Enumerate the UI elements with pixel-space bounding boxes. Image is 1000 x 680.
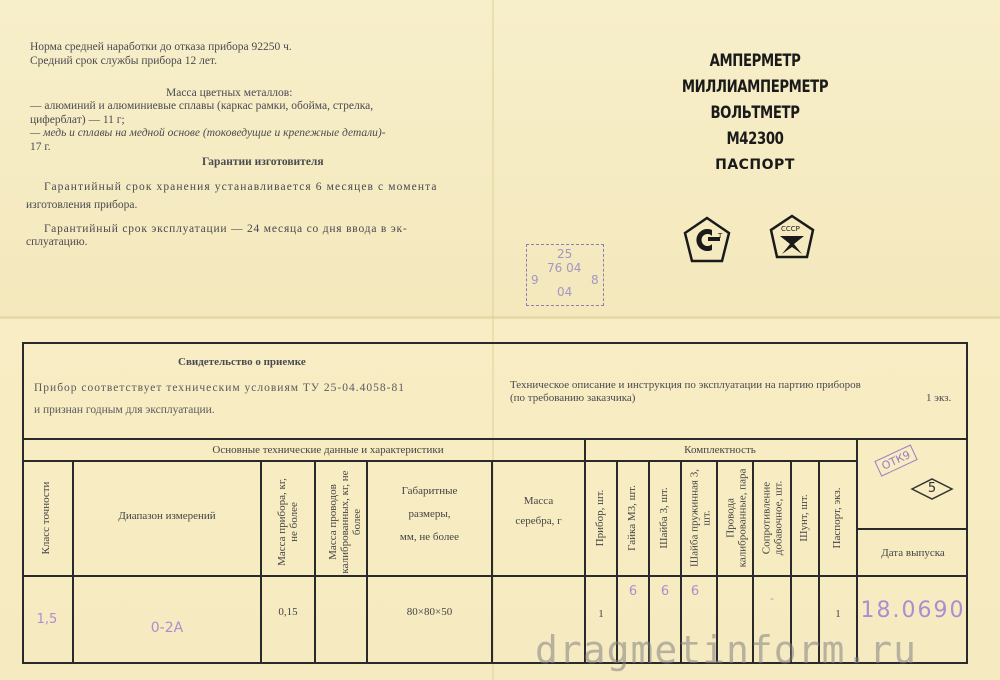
cell-dims: 80×80×50 bbox=[368, 606, 491, 618]
stamp-text: 8 bbox=[591, 273, 599, 287]
stamp-text: 76 04 bbox=[547, 261, 581, 275]
col-divider bbox=[314, 460, 316, 664]
warranty-storage: Гарантийный срок хранения устанавливаетс… bbox=[44, 180, 438, 195]
title-voltmeter: ВОЛЬТМЕТР bbox=[673, 100, 837, 126]
col-header-silver: серебра, г bbox=[493, 514, 584, 528]
cell-kit-device: 1 bbox=[586, 608, 616, 620]
cell-release-date: 18.0690 bbox=[858, 598, 968, 623]
date-stamp: 25 76 04 9 8 04 bbox=[526, 244, 604, 306]
header-group-divider bbox=[22, 460, 858, 462]
col-header-kit-washer: Шайба 3, шт. bbox=[658, 468, 670, 568]
watermark: dragmetinform.ru bbox=[535, 628, 917, 672]
metals-line: 17 г. bbox=[30, 140, 51, 155]
col-header-kit-nut: Гайка М3, шт. bbox=[626, 468, 638, 568]
cell-range: 0-2А bbox=[74, 620, 260, 636]
stamp-text: 25 bbox=[557, 247, 572, 261]
col-header-kit-shunt: Шунт, шт. bbox=[798, 468, 810, 568]
col-divider bbox=[491, 460, 493, 664]
warranty-storage: изготовления прибора. bbox=[26, 198, 137, 213]
warranty-use: сплуатацию. bbox=[26, 235, 87, 250]
cell-mass-device: 0,15 bbox=[262, 606, 314, 618]
acceptance-heading: Свидетельство о приемке bbox=[178, 355, 306, 370]
col-header-kit-device: Прибор, шт. bbox=[594, 468, 606, 568]
service-life-text: Средний срок службы прибора 12 лет. bbox=[30, 54, 217, 69]
gost-logo-icon: Т bbox=[682, 216, 732, 264]
group-header-kit: Комплектность bbox=[584, 443, 856, 457]
warranty-heading: Гарантии изготовителя bbox=[202, 155, 324, 170]
col-header-silver: Масса bbox=[493, 494, 584, 508]
stamp-text: 04 bbox=[557, 285, 572, 299]
col-divider bbox=[260, 460, 262, 664]
col-header-mass-device: Масса прибора, кг, не более bbox=[276, 472, 300, 572]
otk-divider bbox=[858, 528, 968, 530]
col-header-dims: мм, не более bbox=[368, 530, 491, 544]
mtbf-text: Норма средней наработки до отказа прибор… bbox=[30, 40, 292, 55]
col-header-kit-spring-washer: Шайба пружинная 3, шт. bbox=[689, 466, 713, 571]
stamp-text: 9 bbox=[531, 273, 539, 287]
col-header-dims: Габаритные bbox=[368, 484, 491, 498]
svg-text:Т: Т bbox=[717, 232, 723, 240]
col-header-range: Диапазон измерений bbox=[74, 509, 260, 523]
quality-mark-icon: СССР bbox=[768, 214, 816, 260]
col-header-dims: размеры, bbox=[368, 507, 491, 521]
cell-kit-spring-washer: 6 bbox=[682, 584, 708, 599]
title-ammeter: АМПЕРМЕТР bbox=[673, 48, 837, 74]
acceptance-line: и признан годным для эксплуатации. bbox=[34, 403, 215, 418]
cell-accuracy: 1,5 bbox=[22, 612, 72, 627]
group-header-main: Основные технические данные и характерис… bbox=[72, 443, 584, 457]
fold-line bbox=[0, 316, 1000, 319]
col-header-kit-passport: Паспорт, экз. bbox=[831, 468, 843, 568]
svg-text:СССР: СССР bbox=[781, 225, 800, 233]
cover-title: АМПЕРМЕТР МИЛЛИАМПЕРМЕТР ВОЛЬТМЕТР М4230… bbox=[650, 48, 860, 178]
acceptance-line: Прибор соответствует техническим условия… bbox=[34, 381, 405, 396]
doc-type: ПАСПОРТ bbox=[650, 152, 860, 178]
metals-line: — медь и сплавы на медной основе (токове… bbox=[30, 126, 386, 141]
warranty-use: Гарантийный срок эксплуатации — 24 месяц… bbox=[44, 222, 408, 237]
title-milliammeter: МИЛЛИАМПЕРМЕТР bbox=[673, 74, 837, 100]
cell-kit-resistor: - bbox=[754, 592, 790, 605]
manual-qty: 1 экз. bbox=[926, 391, 951, 406]
metals-line: — алюминий и алюминиевые сплавы (каркас … bbox=[30, 99, 373, 114]
table-top-border bbox=[22, 438, 968, 440]
col-header-accuracy: Класс точности bbox=[40, 468, 52, 568]
col-header-release-date: Дата выпуска bbox=[858, 546, 968, 560]
col-header-mass-wires: Масса проводов калиброванных, кг, не бол… bbox=[327, 467, 363, 577]
cell-kit-passport: 1 bbox=[820, 608, 856, 620]
header-bottom-border bbox=[22, 575, 968, 577]
cell-kit-washer: 6 bbox=[650, 584, 680, 599]
cell-kit-nut: 6 bbox=[618, 584, 648, 599]
manual-line: (по требованию заказчика) bbox=[510, 391, 635, 406]
col-header-kit-resistor: Сопротивление добавочное, шт. bbox=[761, 466, 785, 571]
model-number: М42300 bbox=[673, 126, 837, 152]
inspector-mark: 5 bbox=[910, 481, 954, 496]
col-header-kit-wires: Провода калиброванные, пара bbox=[725, 466, 749, 571]
